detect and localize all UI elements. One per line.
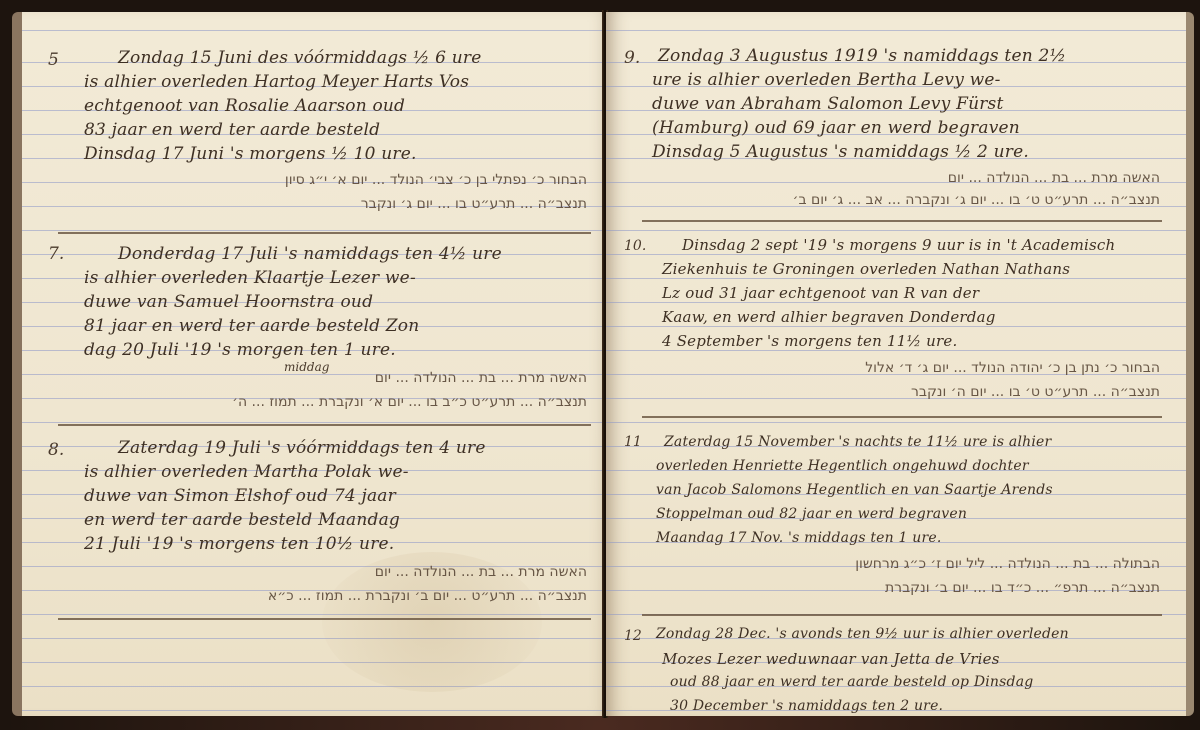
entry-line: duwe van Samuel Hoornstra oud	[84, 292, 595, 312]
entry-line: overleden Henriette Hegentlich ongehuwd …	[656, 458, 1166, 474]
entry-line: Kaaw, en werd alhier begraven Donderdag	[662, 308, 1166, 326]
entry-divider	[58, 618, 591, 620]
entry-line: is alhier overleden Hartog Meyer Harts V…	[84, 72, 595, 92]
entry-line: van Jacob Salomons Hegentlich en van Saa…	[656, 482, 1166, 498]
entry-line: Dinsdag 17 Juni 's morgens ½ 10 ure.	[84, 144, 595, 164]
hebrew-inscription: תנצב״ה ... תרע״ט בו ... יום ג׳ ונקבר	[112, 196, 587, 212]
entry-line: 4 September 's morgens ten 11½ ure.	[662, 332, 1166, 350]
register-entry-12: 12 Zondag 28 Dec. 's avonds ten 9½ uur i…	[606, 616, 1186, 716]
hebrew-inscription: האשה מרת ... בת ... הנולדה ... יום	[666, 170, 1160, 186]
register-entry-9: 9. Zondag 3 Augustus 1919 's namiddags t…	[606, 12, 1186, 222]
entry-number: 9.	[624, 48, 640, 68]
entry-line: 81 jaar en werd ter aarde besteld Zon	[84, 316, 595, 336]
entry-number: 10.	[624, 238, 646, 254]
register-entry-7: 7. Donderdag 17 Juli 's namiddags ten 4½…	[22, 234, 615, 426]
entry-line: Zondag 3 Augustus 1919 's namiddags ten …	[658, 46, 1166, 66]
entry-line: 83 jaar en werd ter aarde besteld	[84, 120, 595, 140]
hebrew-inscription: האשה מרת ... בת ... הנולדה ... יום	[112, 370, 587, 386]
hebrew-inscription: תנצב״ה ... תרע״ט ט׳ בו ... יום ה׳ ונקבר	[666, 384, 1160, 400]
register-entry-5: 5 Zondag 15 Juni des vóórmiddags ½ 6 ure…	[22, 12, 615, 234]
entry-line: en werd ter aarde besteld Maandag	[84, 510, 595, 530]
entry-line: Donderdag 17 Juli 's namiddags ten 4½ ur…	[118, 244, 595, 264]
register-entry-10: 10. Dinsdag 2 sept '19 's morgens 9 uur …	[606, 222, 1186, 418]
entry-line: Zondag 28 Dec. 's avonds ten 9½ uur is a…	[656, 626, 1166, 642]
right-page: 9. Zondag 3 Augustus 1919 's namiddags t…	[606, 12, 1194, 716]
entry-line: dag 20 Juli '19 's morgen ten 1 ure.	[84, 340, 595, 360]
left-page: 5 Zondag 15 Juni des vóórmiddags ½ 6 ure…	[12, 12, 615, 716]
entry-line: ure is alhier overleden Bertha Levy we-	[652, 70, 1166, 90]
entry-number: 11	[624, 434, 642, 450]
entry-line: 30 December 's namiddags ten 2 ure.	[670, 698, 1166, 714]
entry-line: Stoppelman oud 82 jaar en werd begraven	[656, 506, 1166, 522]
hebrew-inscription: תנצב״ה ... תרע״ט כ״ב בו ... יום א׳ ונקבר…	[112, 394, 587, 410]
entry-line: (Hamburg) oud 69 jaar en werd begraven	[652, 118, 1166, 138]
entry-line: oud 88 jaar en werd ter aarde besteld op…	[670, 674, 1166, 690]
entry-line: Mozes Lezer weduwnaar van Jetta de Vries	[662, 650, 1166, 668]
hebrew-inscription: האשה מרת ... בת ... הנולדה ... יום	[112, 564, 587, 580]
entry-line: 21 Juli '19 's morgens ten 10½ ure.	[84, 534, 595, 554]
entry-line: Zondag 15 Juni des vóórmiddags ½ 6 ure	[118, 48, 595, 68]
entry-line: is alhier overleden Klaartje Lezer we-	[84, 268, 595, 288]
entry-line: echtgenoot van Rosalie Aaarson oud	[84, 96, 595, 116]
hebrew-inscription: הבחור כ׳ נתן בן כ׳ יהודה הנולד ... יום ג…	[666, 360, 1160, 376]
register-entry-8: 8. Zaterdag 19 Juli 's vóórmiddags ten 4…	[22, 426, 615, 620]
register-entry-11: 11 Zaterdag 15 November 's nachts te 11½…	[606, 418, 1186, 616]
hebrew-inscription: תנצב״ה ... תרע״ט ט׳ בו ... יום ג׳ ונקברה…	[666, 192, 1160, 208]
entry-line: Maandag 17 Nov. 's middags ten 1 ure.	[656, 530, 1166, 546]
entry-line: Lz oud 31 jaar echtgenoot van R van der	[662, 284, 1166, 302]
entry-line: Zaterdag 15 November 's nachts te 11½ ur…	[664, 434, 1166, 450]
hebrew-inscription: תנצב״ה ... תרפ״ ... כ״ד בו ... יום ב׳ ונ…	[666, 580, 1160, 596]
entry-line: duwe van Simon Elshof oud 74 jaar	[84, 486, 595, 506]
entry-line: Zaterdag 19 Juli 's vóórmiddags ten 4 ur…	[118, 438, 595, 458]
entry-number: 12	[624, 628, 642, 644]
entry-line: is alhier overleden Martha Polak we-	[84, 462, 595, 482]
hebrew-inscription: הבחור כ׳ נפתלי בן כ׳ צבי׳ הנולד ... יום …	[112, 172, 587, 188]
entry-number: 8.	[48, 440, 64, 460]
hebrew-inscription: הבתולה ... בת ... הנולדה ... ליל יום ז׳ …	[666, 556, 1160, 572]
entry-number: 7.	[48, 244, 64, 264]
entry-line: Ziekenhuis te Groningen overleden Nathan…	[662, 260, 1166, 278]
entry-line: Dinsdag 5 Augustus 's namiddags ½ 2 ure.	[652, 142, 1166, 162]
entry-line: duwe van Abraham Salomon Levy Fürst	[652, 94, 1166, 114]
entry-number: 5	[48, 50, 59, 70]
hebrew-inscription: תנצב״ה ... תרע״ט ... יום ב׳ ונקברת ... ת…	[112, 588, 587, 604]
entry-line: Dinsdag 2 sept '19 's morgens 9 uur is i…	[682, 236, 1166, 254]
